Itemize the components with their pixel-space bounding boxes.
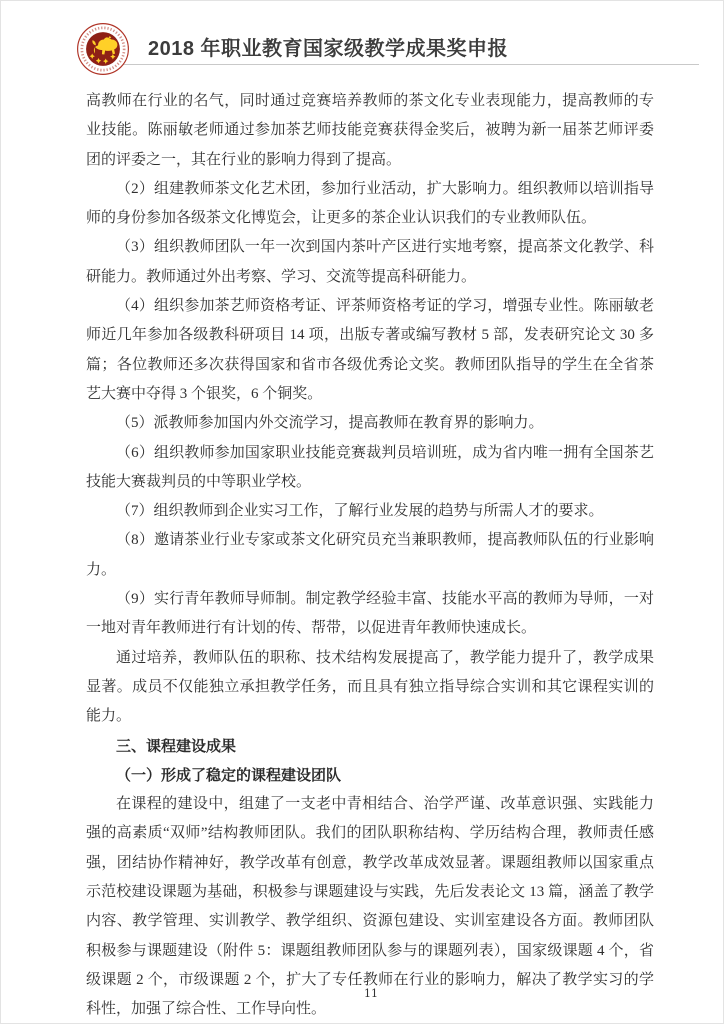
- school-seal-icon: [76, 22, 130, 76]
- paragraph: （9）实行青年教师导师制。制定教学经验丰富、技能水平高的教师为导师，一对一地对青…: [86, 585, 654, 644]
- paragraph: （4）组织参加茶艺师资格考证、评茶师资格考证的学习，增强专业性。陈丽敏老师近几年…: [86, 292, 654, 409]
- paragraph: 高教师在行业的名气，同时通过竞赛培养教师的茶文化专业表现能力，提高教师的专业技能…: [86, 87, 654, 175]
- paragraph: （6）组织教师参加国家职业技能竞赛裁判员培训班，成为省内唯一拥有全国茶艺技能大赛…: [86, 439, 654, 498]
- subsection-heading: （一）形成了稳定的课程建设团队: [86, 761, 654, 790]
- paragraph: （5）派教师参加国内外交流学习，提高教师在教育界的影响力。: [86, 409, 654, 438]
- header-divider: [86, 64, 699, 65]
- document-title: 2018 年职业教育国家级教学成果奖申报: [148, 32, 508, 61]
- document-page: 2018 年职业教育国家级教学成果奖申报 高教师在行业的名气，同时通过竞赛培养教…: [0, 0, 724, 1024]
- section-heading: 三、课程建设成果: [86, 732, 654, 761]
- paragraph: （7）组织教师到企业实习工作，了解行业发展的趋势与所需人才的要求。: [86, 497, 654, 526]
- document-body: 高教师在行业的名气，同时通过竞赛培养教师的茶文化专业表现能力，提高教师的专业技能…: [86, 87, 654, 1024]
- paragraph: （8）邀请茶业行业专家或茶文化研究员充当兼职教师，提高教师队伍的行业影响力。: [86, 526, 654, 585]
- page-number: 11: [86, 987, 656, 1000]
- paragraph: （3）组织教师团队一年一次到国内茶叶产区进行实地考察，提高茶文化教学、科研能力。…: [86, 233, 654, 292]
- paragraph: 通过培养，教师队伍的职称、技术结构发展提高了，教学能力提升了，教学成果显著。成员…: [86, 644, 654, 732]
- paragraph: （2）组建教师茶文化艺术团，参加行业活动，扩大影响力。组织教师以培训指导师的身份…: [86, 175, 654, 234]
